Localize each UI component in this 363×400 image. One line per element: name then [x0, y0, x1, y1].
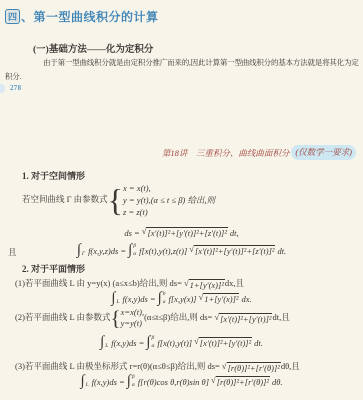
- lower-bound: α: [133, 252, 136, 258]
- integral-bounds: Γ: [82, 244, 85, 258]
- square-root: √[r(θ)]²+[r′(θ)]²: [211, 376, 270, 387]
- lower-bound: Γ: [82, 252, 85, 258]
- lower-bound: L: [116, 300, 119, 306]
- upper-bound: [82, 244, 85, 250]
- plane-item-3: (3)若平面曲线 L 由极坐标形式 r=r(θ)(α≤θ≤β)给出,则 ds= …: [15, 360, 300, 373]
- equation-rows: x=x(t),y=y(t): [121, 307, 144, 329]
- square-root: √1+[y′(x)]²: [184, 279, 225, 290]
- formula-text: f(x,y)ds =: [111, 338, 144, 348]
- lower-bound: L: [105, 344, 108, 350]
- plane-case-heading: 2. 对于平面情形: [22, 262, 85, 275]
- left-brace: {: [108, 184, 123, 216]
- equation-row: y=y(t): [121, 318, 144, 329]
- space-param-intro: 若空间曲线 Γ 由参数式: [22, 194, 108, 204]
- subsection-heading: (一)基础方法——化为定积分: [33, 41, 153, 55]
- formula-text: dx,且: [225, 278, 244, 288]
- integral-sign: ∫: [158, 291, 162, 306]
- integral-sign: ∫: [100, 335, 104, 350]
- formula-text: dt.: [277, 246, 286, 256]
- parametric-system: {x = x(t),y = y(t),(α ≤ t ≤ β) 给出,则z = z…: [108, 182, 215, 218]
- arc-length-differential-space: ds = √[x′(t)]²+[y′(t)]²+[z′(t)]² dt,: [0, 226, 363, 240]
- lower-bound: α: [132, 383, 135, 389]
- upper-bound: β: [132, 375, 135, 381]
- square-root: √[r(θ)]²+[r′(θ)]²: [222, 362, 281, 373]
- integral-sign: ∫: [128, 243, 132, 258]
- line-integral-formula-plane-1: ∫L f(x,y)ds = ∫ba f[x,y(x)] √1+[y′(x)]² …: [0, 290, 363, 307]
- integral-bounds: L: [105, 336, 108, 350]
- parametric-system: {x=x(t),y=y(t): [111, 307, 145, 329]
- square-root: √1+[y′(x)]²: [199, 293, 240, 304]
- lecture-title: 第18讲 三重积分、曲线曲面积分: [162, 147, 290, 159]
- lecture-header: 第18讲 三重积分、曲线曲面积分 (仅数学一要求): [162, 145, 356, 160]
- section-title: 、第一型曲线积分的计算: [21, 8, 159, 25]
- integral-sign: ∫: [127, 374, 131, 389]
- lecture-scope-highlight: (仅数学一要求): [291, 145, 356, 160]
- upper-bound: b: [163, 292, 166, 298]
- radicand: 1+[y′(x)]²: [189, 279, 225, 290]
- integral-sign: ∫: [77, 243, 81, 258]
- equation-row: z = z(t): [123, 206, 215, 218]
- formula-text: f[r(θ)cos θ,r(θ)sin θ]: [138, 377, 209, 387]
- formula-text: f[x,y(x)]: [169, 294, 197, 304]
- section-heading: 四 、第一型曲线积分的计算: [5, 8, 159, 25]
- square-root: √[x′(t)]²+[y′(t)]²+[z′(t)]²: [189, 245, 275, 256]
- formula-text: dx.: [241, 294, 251, 304]
- formula-text: (3)若平面曲线 L 由极坐标形式 r=r(θ)(α≤θ≤β)给出,则 ds=: [15, 361, 222, 371]
- formula-text: (2)若平面曲线 L 由参数式: [15, 312, 111, 322]
- section-number-badge: 四: [5, 9, 20, 24]
- upper-bound: [105, 336, 108, 342]
- formula-text: f[x(t),y(t),z(t)]: [139, 246, 187, 256]
- equation-row: y = y(t),(α ≤ t ≤ β) 给出,则: [123, 194, 215, 206]
- radicand: [x′(t)]²+[y′(t)]²: [219, 313, 272, 324]
- space-parametric-definition: 若空间曲线 Γ 由参数式{x = x(t),y = y(t),(α ≤ t ≤ …: [22, 182, 215, 218]
- line-integral-formula-space: ∫Γ f(x,y,z)ds = ∫βα f[x(t),y(t),z(t)] √[…: [0, 242, 363, 259]
- page-number: 278: [10, 84, 21, 92]
- integral-bounds: L: [86, 375, 89, 389]
- radicand: [x′(t)]²+[y′(t)]²: [199, 337, 252, 348]
- integral-bounds: βα: [133, 244, 136, 258]
- square-root: √[x′(t)]²+[y′(t)]²+[z′(t)]²: [142, 227, 228, 238]
- textbook-page: 四 、第一型曲线积分的计算 (一)基础方法——化为定积分 由于第一型曲线积分就是…: [0, 0, 363, 400]
- formula-text: dθ,且: [281, 361, 300, 371]
- equation-row: x=x(t),: [121, 307, 144, 318]
- page-margin-mark: [0, 84, 5, 93]
- lower-bound: L: [86, 383, 89, 389]
- space-case-heading: 1. 对于空间情形: [22, 169, 85, 182]
- formula-text: f(x,y)ds =: [92, 377, 125, 387]
- radicand: [r(θ)]²+[r′(θ)]²: [216, 376, 270, 387]
- integral-sign: ∫: [146, 335, 150, 350]
- formula-text: f[x(t),y(t)]: [157, 338, 192, 348]
- left-brace: {: [111, 308, 121, 329]
- radicand: 1+[y′(x)]²: [203, 293, 239, 304]
- line-integral-formula-plane-3: ∫L f(x,y)ds = ∫βα f[r(θ)cos θ,r(θ)sin θ]…: [0, 373, 363, 390]
- integral-sign: ∫: [111, 291, 115, 306]
- radicand: [x′(t)]²+[y′(t)]²+[z′(t)]²: [146, 227, 227, 238]
- formula-text: f(x,y,z)ds =: [88, 246, 126, 256]
- formula-text: (α≤t≤β)给出,则 ds=: [144, 312, 214, 322]
- upper-bound: [116, 292, 119, 298]
- integral-bounds: L: [116, 292, 119, 306]
- lower-bound: α: [152, 344, 155, 350]
- formula-text: dθ.: [272, 377, 283, 387]
- square-root: √[x′(t)]²+[y′(t)]²: [214, 313, 272, 324]
- plane-item-1: (1)若平面曲线 L 由 y=y(x) (a≤x≤b)给出,则 ds= √1+[…: [15, 277, 244, 290]
- integral-sign: ∫: [81, 374, 85, 389]
- radicand: [r(θ)]²+[r′(θ)]²: [227, 362, 281, 373]
- lower-bound: a: [163, 300, 166, 306]
- upper-bound: β: [133, 244, 136, 250]
- integral-bounds: βα: [132, 375, 135, 389]
- plane-item-2: (2)若平面曲线 L 由参数式{x=x(t),y=y(t)(α≤t≤β)给出,则…: [15, 307, 290, 329]
- formula-text: dt.: [254, 338, 263, 348]
- radicand: [x′(t)]²+[y′(t)]²+[z′(t)]²: [194, 245, 275, 256]
- intro-paragraph: 由于第一型曲线积分就是由定积分推广而来的,因此计算第一型曲线积分的基本方法就是将…: [5, 56, 359, 84]
- line-integral-formula-plane-2: ∫L f(x,y)ds = ∫βα f[x(t),y(t)] √[x′(t)]²…: [0, 334, 363, 351]
- upper-bound: [86, 375, 89, 381]
- formula-text: (1)若平面曲线 L 由 y=y(x) (a≤x≤b)给出,则 ds=: [15, 278, 184, 288]
- formula-text: dt,且: [272, 312, 289, 322]
- equation-rows: x = x(t),y = y(t),(α ≤ t ≤ β) 给出,则z = z(…: [123, 182, 215, 218]
- square-root: √[x′(t)]²+[y′(t)]²: [194, 337, 252, 348]
- formula-text: dt,: [230, 228, 239, 238]
- formula-text: ds =: [124, 228, 139, 238]
- integral-bounds: ba: [163, 292, 166, 306]
- upper-bound: β: [152, 336, 155, 342]
- formula-text: f(x,y)ds =: [123, 294, 156, 304]
- integral-bounds: βα: [152, 336, 155, 350]
- equation-row: x = x(t),: [123, 182, 215, 194]
